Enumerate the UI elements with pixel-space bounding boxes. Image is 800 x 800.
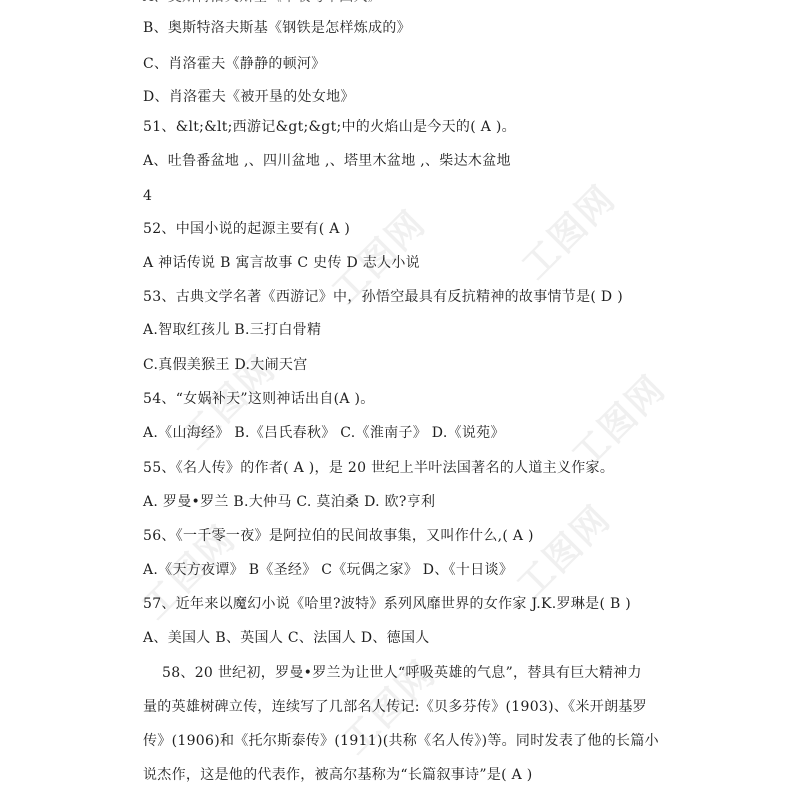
question-51: 51、&lt;&lt;西游记&gt;&gt;中的火焰山是今天的( A )。 bbox=[143, 118, 516, 136]
text-line: A、吐鲁番盆地 ,、四川盆地 ,、塔里木盆地 ,、柴达木盆地 bbox=[143, 152, 511, 170]
text-line: A.《山海经》 B.《吕氏春秋》 C.《淮南子》 D.《说苑》 bbox=[143, 424, 505, 442]
question-52: 52、中国小说的起源主要有( A ) bbox=[143, 220, 350, 238]
question-57: 57、近年来以魔幻小说《哈里?波特》系列风靡世界的女作家 J.K.罗琳是( B … bbox=[143, 595, 631, 613]
text-line: A 神话传说 B 寓言故事 C 史传 D 志人小说 bbox=[143, 254, 420, 272]
question-53: 53、古典文学名著《西游记》中，孙悟空最具有反抗精神的故事情节是( D ) bbox=[143, 288, 623, 306]
text-line: B、奥斯特洛夫斯基《钢铁是怎样炼成的》 bbox=[143, 19, 411, 37]
partial-line: A、奥斯特洛夫斯基《丰收与中国人》 bbox=[143, 0, 382, 6]
text-line: A.智取红孩儿 B.三打白骨精 bbox=[143, 321, 321, 339]
question-58-line: 量的英雄树碑立传，连续写了几部名人传记:《贝多芬传》(1903)、《米开朗基罗 bbox=[143, 698, 647, 716]
watermark: 工图网 bbox=[509, 172, 626, 289]
watermark: 工图网 bbox=[504, 492, 621, 609]
question-58-line: 58、20 世纪初，罗曼•罗兰为让世人“呼吸英雄的气息”，替具有巨大精神力 bbox=[162, 664, 642, 682]
question-58-line: 说杰作，这是他的代表作，被高尔基称为“长篇叙事诗”是( A ) bbox=[143, 766, 533, 784]
page-number: 4 bbox=[143, 187, 152, 205]
text-line: C、肖洛霍夫《静静的顿河》 bbox=[143, 55, 326, 73]
text-line: A. 罗曼•罗兰 B.大仲马 C. 莫泊桑 D. 欧?亨利 bbox=[143, 493, 435, 511]
text-line: A、美国人 B、英国人 C、法国人 D、德国人 bbox=[143, 629, 430, 647]
text-line: C.真假美猴王 D.大闹天宫 bbox=[143, 356, 308, 374]
document-page: 工图网 工图网 工图网 工图网 工图网 工图网 工图网 A、奥斯特洛夫斯基《丰收… bbox=[0, 0, 800, 800]
text-line: A.《天方夜谭》 B《圣经》 C《玩偶之家》 D、《十日谈》 bbox=[143, 561, 513, 579]
question-58-line: 传》(1906)和《托尔斯泰传》(1911)(共称《名人传》)等。同时发表了他的… bbox=[143, 732, 659, 750]
text-line: D、肖洛霍夫《被开垦的处女地》 bbox=[143, 88, 355, 106]
question-55: 55、《名人传》的作者( A )，是 20 世纪上半叶法国著名的人道主义作家。 bbox=[143, 459, 614, 477]
question-56: 56、《一千零一夜》是阿拉伯的民间故事集，又叫作什么,( A ) bbox=[143, 527, 534, 545]
question-54: 54、“女娲补天”这则神话出自(A )。 bbox=[143, 390, 375, 408]
